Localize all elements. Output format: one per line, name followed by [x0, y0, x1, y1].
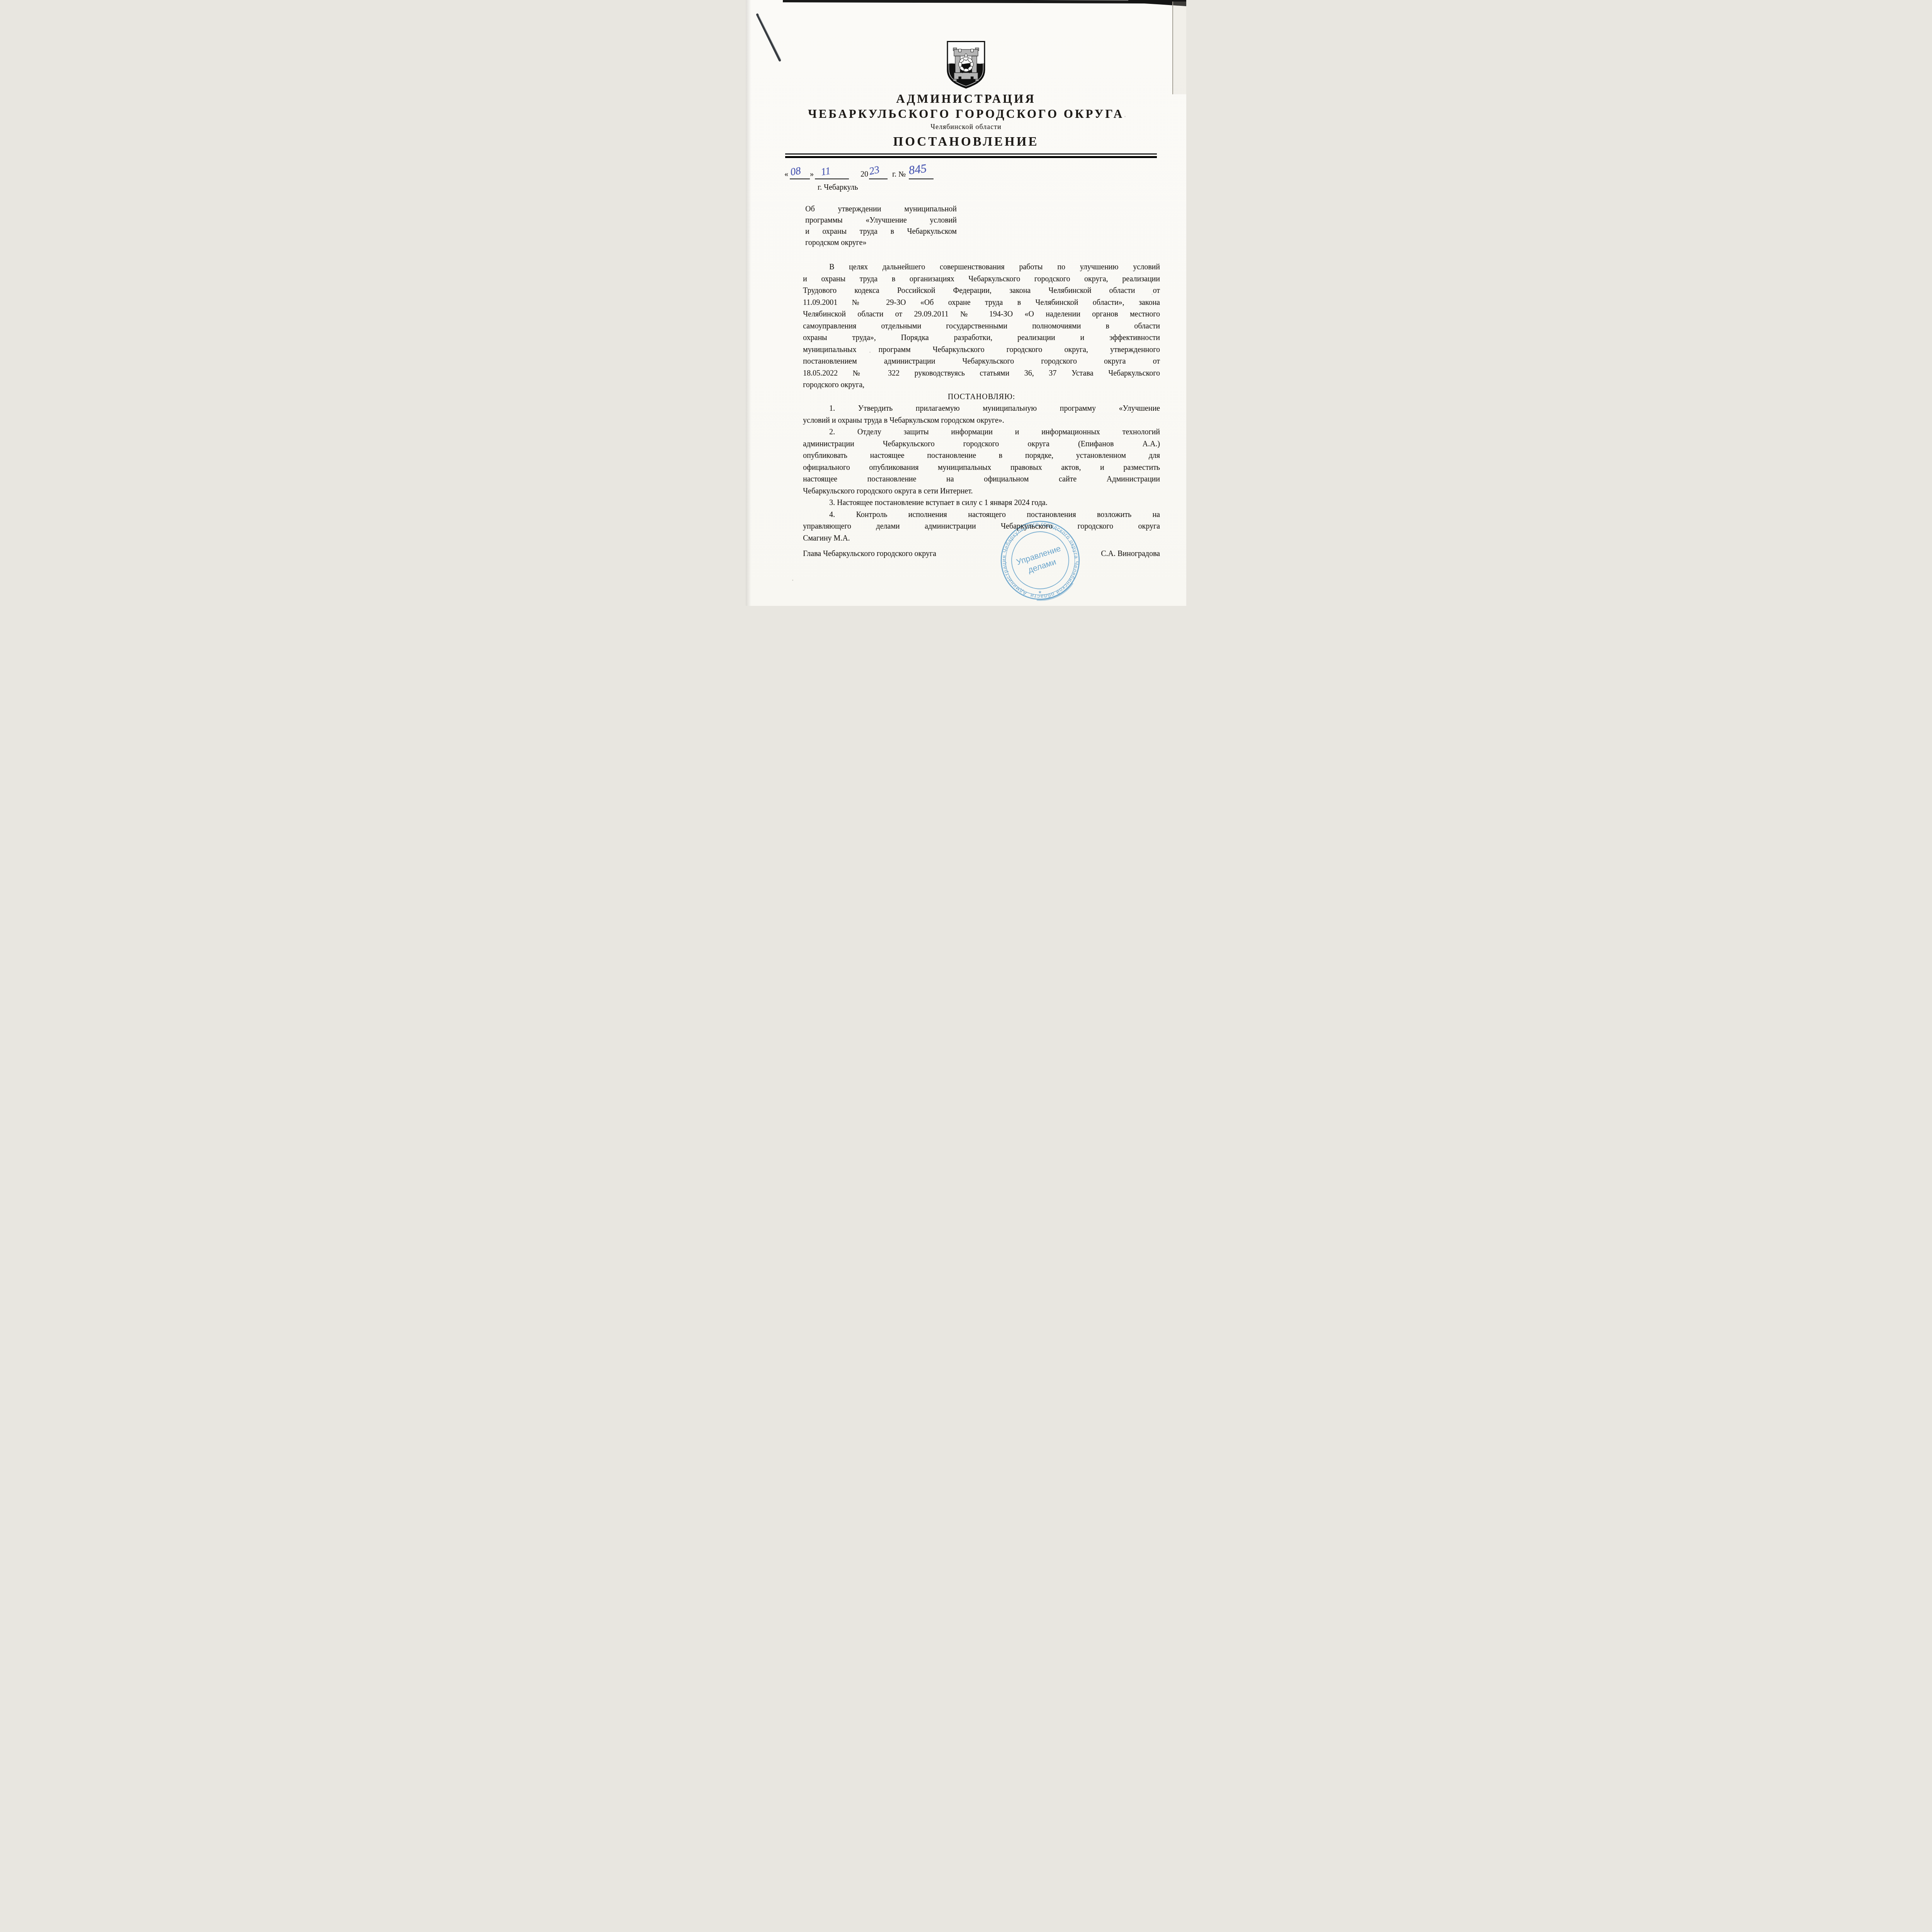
resolve-word: ПОСТАНОВЛЯЮ: — [803, 391, 1160, 403]
intro-line: муниципальных программ Чебаркульского го… — [803, 344, 1160, 356]
intro-line: Трудового кодекса Российской Федерации, … — [803, 285, 1160, 297]
intro-line: В целях дальнейшего совершенствования ра… — [803, 261, 1160, 273]
body-text: В целях дальнейшего совершенствования ра… — [803, 261, 1160, 544]
item4-line: Смагину М.А. — [803, 532, 1160, 544]
number-blank: 845 — [909, 168, 934, 179]
intro-line: самоуправления отдельными государственны… — [803, 320, 1160, 332]
item1-line: 1. Утвердить прилагаемую муниципальную п… — [803, 403, 1160, 415]
place-line: г. Чебаркуль — [818, 183, 858, 192]
handwritten-number: 845 — [908, 162, 928, 177]
scanned-decree-page: АДМИНИСТРАЦИЯ ЧЕБАРКУЛЬСКОГО ГОРОДСКОГО … — [746, 0, 1186, 606]
item2-line: официального опубликования муниципальных… — [803, 462, 1160, 474]
item1-line: условий и охраны труда в Чебаркульском г… — [803, 415, 1160, 427]
item2-line: Чебаркульского городского округа в сети … — [803, 485, 1160, 497]
subject-line: программы «Улучшение условий — [805, 215, 957, 226]
item2-line: администрации Чебаркульского городского … — [803, 438, 1160, 450]
subject-line: городском округе» — [805, 237, 957, 248]
intro-line: Челябинской области от 29.09.2011 № 194-… — [803, 308, 1160, 320]
year-prefix: 20 — [861, 170, 868, 179]
handwritten-day: 08 — [789, 165, 802, 178]
month-blank: 11 — [815, 168, 849, 179]
intro-line: и охраны труда в организациях Чебаркульс… — [803, 273, 1160, 285]
subject-line: и охраны труда в Чебаркульском — [805, 226, 957, 237]
signer-name: С.А. Виноградова — [1101, 549, 1160, 558]
document-type-title: ПОСТАНОВЛЕНИЕ — [746, 135, 1186, 149]
org-name-line2: ЧЕБАРКУЛЬСКОГО ГОРОДСКОГО ОКРУГА — [746, 107, 1186, 121]
staple-mark — [753, 11, 787, 69]
org-name-line1: АДМИНИСТРАЦИЯ — [746, 92, 1186, 106]
intro-line: 11.09.2001 № 29-ЗО «Об охране труда в Че… — [803, 297, 1160, 309]
handwritten-month: 11 — [820, 165, 832, 178]
signature-row: Глава Чебаркульского городского округа С… — [803, 549, 1160, 558]
intro-line: городского округа, — [803, 379, 1160, 391]
item3-line: 3. Настоящее постановление вступает в си… — [803, 497, 1160, 509]
number-label: г. № — [892, 170, 906, 179]
day-blank: 08 — [790, 168, 810, 179]
item4-line: управляющего делами администрации Чебарк… — [803, 520, 1160, 532]
open-quote: « — [784, 170, 788, 179]
scanner-top-edge — [783, 0, 1186, 3]
date-number-line: « 08 » 11 20 23 г. № 845 — [784, 167, 934, 179]
close-quote: » — [810, 170, 814, 179]
office-round-stamp: Администрация Чебаркульского городского … — [997, 517, 1083, 604]
letterhead-rule-thick — [785, 156, 1157, 158]
paper-right-edge-line — [1172, 2, 1186, 94]
item2-line: опубликовать настоящее постановление в п… — [803, 450, 1160, 462]
stamp-star: * — [1039, 589, 1041, 597]
intro-line: постановлением администрации Чебаркульск… — [803, 355, 1160, 367]
item2-line: 2. Отделу защиты информации и информацио… — [803, 426, 1160, 438]
year-blank: 23 — [869, 168, 888, 179]
handwritten-year: 23 — [868, 163, 881, 177]
scan-speck — [792, 580, 793, 581]
coat-of-arms-icon — [946, 41, 986, 89]
signer-title: Глава Чебаркульского городского округа — [803, 549, 936, 558]
intro-line: охраны труда», Порядка разработки, реали… — [803, 332, 1160, 344]
item4-line: 4. Контроль исполнения настоящего постан… — [803, 509, 1160, 521]
scanner-left-shadow — [746, 0, 751, 606]
subject-block: Об утверждении муниципальной программы «… — [805, 204, 957, 248]
subject-line: Об утверждении муниципальной — [805, 204, 957, 215]
region-line: Челябинской области — [746, 123, 1186, 131]
intro-line: 18.05.2022 № 322 руководствуясь статьями… — [803, 367, 1160, 379]
item2-line: настоящее постановление на официальном с… — [803, 473, 1160, 485]
letterhead-rule-thin — [785, 153, 1157, 155]
